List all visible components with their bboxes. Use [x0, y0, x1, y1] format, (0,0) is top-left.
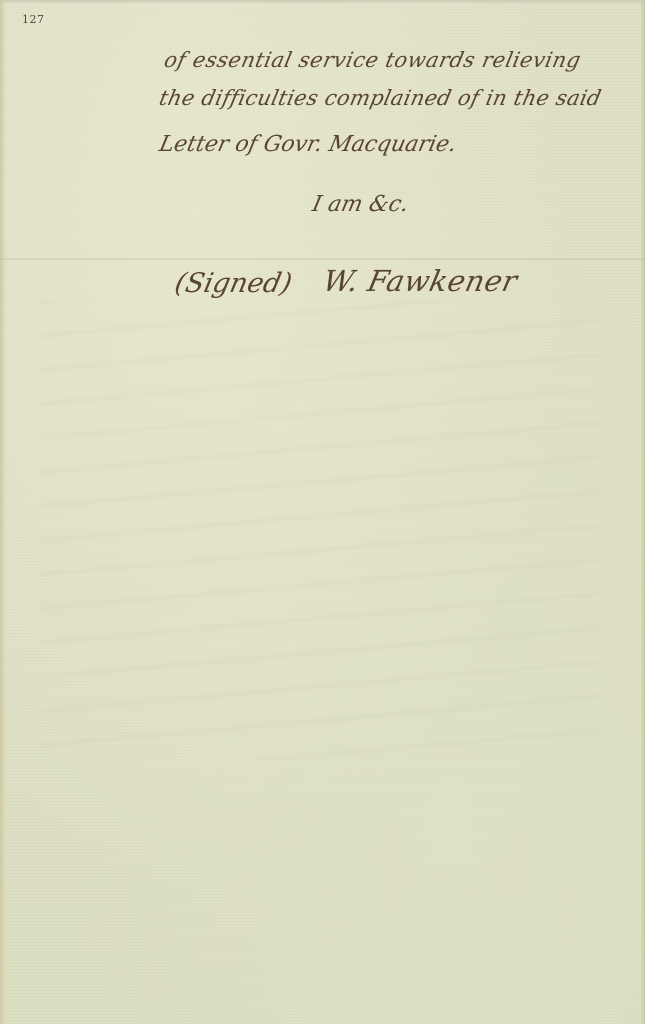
body-line-3: Letter of Govr. Macquarie.	[157, 132, 459, 157]
paper-fold-line	[0, 258, 645, 260]
body-line-1: of essential service towards relieving	[162, 48, 583, 72]
manuscript-page: 127 of essential service towards relievi…	[0, 0, 645, 1024]
signature: W. Fawkener	[320, 264, 521, 298]
signed-label: (Signed)	[172, 268, 295, 299]
letter-closing: I am &c.	[310, 192, 411, 217]
folio-number: 127	[22, 13, 45, 26]
ink-bleed-through	[40, 300, 600, 760]
body-line-2: the difficulties complained of in the sa…	[157, 86, 604, 110]
paper-top-edge	[0, 0, 645, 4]
paper-left-edge	[0, 0, 6, 1024]
paper-right-edge	[640, 0, 645, 1024]
